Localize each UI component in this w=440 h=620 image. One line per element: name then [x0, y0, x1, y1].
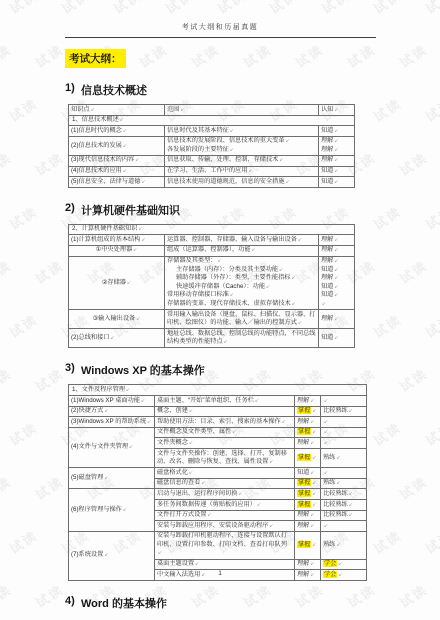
- section-number: 3): [65, 362, 81, 378]
- cell-line: (3)现代信息技术的内容: [71, 156, 162, 165]
- cell-line: 信息技术使用的道德规范，信息的安全措施: [167, 178, 316, 187]
- row-label-cell: (2)快捷方式: [69, 406, 155, 417]
- table-caption-cell: 1、信息技术概述: [69, 115, 355, 126]
- cell-line: (1)计算机组成的基本结构: [71, 236, 162, 245]
- section-title: Windows XP 的基本操作: [81, 362, 205, 378]
- cell-line: 在学习、生活、工作中的应用: [167, 167, 316, 176]
- cell-line: (2)信息技术的发展: [71, 142, 162, 151]
- cell-line: 熟练: [323, 454, 364, 463]
- cell-line: 学会: [323, 560, 364, 569]
- cell-line: 磁盘格式化: [157, 469, 292, 478]
- cell-line: (5)磁盘管理: [71, 474, 152, 483]
- cell-line: 文件与文件夹操作：创建、选择、打开、复制移动、改名、删除与恢复、查找、属性设置: [157, 450, 292, 467]
- scope-cell: 组成（运算器、控制器），功能: [165, 245, 319, 256]
- cell-line: 理解: [297, 560, 318, 569]
- cell-line: 各发展阶段的主要特征: [167, 146, 316, 155]
- cognition-cell: 理解: [319, 155, 355, 166]
- cell-line: 掌握: [297, 407, 318, 416]
- proficiency-cell: 比较熟练: [321, 500, 367, 511]
- cell-line: 信息时代及其基本特征: [167, 127, 316, 136]
- cell-line: 比较熟练: [323, 490, 364, 499]
- highlighted-term: 掌握: [297, 428, 311, 435]
- section-number: 4): [65, 595, 81, 611]
- cell-line: 掌握: [297, 454, 318, 463]
- proficiency-cell: [321, 427, 367, 438]
- scope-cell: 信息技术使用的道德规范，信息的安全措施: [165, 177, 319, 188]
- cognition-cell: 理解理解: [319, 136, 355, 155]
- column-header-cell: 认知: [319, 105, 355, 116]
- proficiency-cell: [321, 438, 367, 449]
- cell-line: 比较熟练: [323, 511, 364, 520]
- table-hardware-basics: 2、计算机硬件基础知识(1)计算机组成的基本结构运算器、控制器、存储器、输入设备…: [68, 224, 367, 349]
- scope-cell: 帮助使用方法：目录、索引、搜索的基本操作: [155, 417, 295, 428]
- highlighted-term: 掌握: [297, 454, 311, 461]
- cell-line: 桌面主题设置: [157, 560, 292, 569]
- section-heading-2: 2) 计算机硬件基础知识: [65, 202, 367, 218]
- cognition-cell: 理解: [319, 245, 355, 256]
- cell-line: 认知: [321, 106, 352, 115]
- scope-cell: 在学习、生活、工作中的应用: [165, 166, 319, 177]
- table-caption-cell: 1、文件及程序管理: [69, 385, 367, 396]
- cell-line: 运算器、控制器、存储器、输入设备与输出设备: [167, 236, 316, 245]
- cell-line: 知道: [321, 127, 352, 136]
- cell-line: 理解: [321, 156, 352, 165]
- cell-line: [323, 439, 364, 448]
- cell-line: 概念、创建: [157, 407, 292, 416]
- cell-line: 理解: [321, 146, 352, 155]
- cognition-cell: 知道: [319, 329, 355, 348]
- cell-line: 理解: [321, 236, 352, 245]
- row-label-cell: (2)信息技术的发展: [69, 136, 165, 155]
- cell-line: 理解: [297, 522, 318, 531]
- highlighted-term: 掌握: [297, 541, 311, 548]
- scope-cell: 安装与卸载应用程序、安装设备驱动程序: [155, 521, 295, 532]
- row-label-cell: ②存储器: [69, 256, 165, 310]
- cognition-cell: 掌握: [295, 406, 321, 417]
- highlighted-term: 掌握: [297, 501, 311, 508]
- cell-line: 文件打开方式设置: [157, 511, 292, 520]
- highlighted-term: 掌握: [297, 407, 311, 414]
- cognition-cell: 理解: [295, 521, 321, 532]
- scope-cell: 信息时代及其基本特征: [165, 126, 319, 137]
- cell-line: (1)信息时代的概念: [71, 127, 162, 136]
- cell-line: 辅助存储器（外存）：类型、主要性能指标: [167, 274, 316, 283]
- cell-line: 信息获取、传输、处理、控制、存储技术: [167, 156, 316, 165]
- scope-cell: 磁盘信息的查看: [155, 478, 295, 489]
- table-windows-xp: 1、文件及程序管理(1)Windows XP 桌面功能桌面主题、“开始”菜单组织…: [68, 384, 367, 580]
- cell-line: 1、文件及程序管理: [72, 386, 364, 395]
- section-heading-1: 1) 信息技术概述: [65, 82, 367, 98]
- cell-line: 掌握: [297, 541, 318, 550]
- scope-cell: 文件打开方式设置: [155, 510, 295, 521]
- scope-cell: 文件概念及文件类型、属性: [155, 427, 295, 438]
- syllabus-table: 2、计算机硬件基础知识(1)计算机组成的基本结构运算器、控制器、存储器、输入设备…: [68, 224, 355, 349]
- cell-line: 知道: [321, 334, 352, 343]
- cell-line: ②存储器: [71, 279, 162, 288]
- scope-cell: 信息获取、传输、处理、控制、存储技术: [165, 155, 319, 166]
- proficiency-cell: [321, 521, 367, 532]
- cell-line: 比较熟练: [323, 407, 364, 416]
- cognition-cell: 知道: [295, 468, 321, 479]
- cell-line: (2)总线和接口: [71, 334, 162, 343]
- cell-line: 地址总线、数据总线、控制总线的功能特点，不同总线结构类型的性能特点: [167, 330, 316, 347]
- row-label-cell: (1)信息时代的概念: [69, 126, 165, 137]
- cell-line: 主存储器（内存）：分类及其主要功能: [167, 266, 316, 275]
- cognition-cell: 掌握: [295, 500, 321, 511]
- cognition-cell: 掌握: [295, 478, 321, 489]
- cell-line: 理解: [297, 418, 318, 427]
- proficiency-cell: 比较熟练: [321, 406, 367, 417]
- proficiency-cell: [321, 468, 367, 479]
- cell-line: 帮助使用方法：目录、索引、搜索的基本操作: [157, 418, 292, 427]
- cell-line: 理解: [321, 257, 352, 266]
- cell-line: (4)信息技术的应用: [71, 167, 162, 176]
- document-header-title: 考试大纲和历届真题: [0, 0, 440, 32]
- row-label-cell: (5)磁盘管理: [69, 468, 155, 489]
- scope-cell: 地址总线、数据总线、控制总线的功能特点，不同总线结构类型的性能特点: [165, 329, 319, 348]
- cell-line: [321, 300, 352, 309]
- cell-line: 理解: [321, 137, 352, 146]
- scope-cell: 桌面主题、“开始”菜单组织、任务栏: [155, 396, 295, 407]
- cell-line: 掌握: [297, 490, 318, 499]
- cognition-cell: 掌握: [295, 489, 321, 500]
- cognition-cell: 知道: [319, 126, 355, 137]
- cognition-cell: 掌握: [295, 531, 321, 559]
- cell-line: 掌握: [297, 428, 318, 437]
- cognition-cell: 理解: [295, 559, 321, 570]
- cell-line: 掌握: [297, 501, 318, 510]
- cell-line: (6)程序管理与操作: [71, 506, 152, 515]
- cell-line: 知道: [321, 291, 352, 300]
- cognition-cell: 理解知道理解知道知道: [319, 256, 355, 310]
- cell-line: 熟练: [323, 479, 364, 488]
- cell-line: 知道: [321, 167, 352, 176]
- document-content: 考试大纲： 1) 信息技术概述 知识点范围认知1、信息技术概述(1)信息时代的概…: [65, 38, 367, 611]
- scope-cell: 文件与文件夹操作：创建、选择、打开、复制移动、改名、删除与恢复、查找、属性设置: [155, 449, 295, 468]
- proficiency-cell: [321, 417, 367, 428]
- cell-line: 常用输入输出设备（键盘、鼠标、扫描仪、显示器、打印机、绘图仪）的功能、输入／输出…: [167, 311, 316, 328]
- cognition-cell: 理解: [295, 396, 321, 407]
- scope-cell: 信息技术的发展阶段、信息技术的重大变革各发展阶段的主要特征: [165, 136, 319, 155]
- section-heading-4: 4) Word 的基本操作: [65, 595, 367, 611]
- proficiency-cell: 熟练: [321, 449, 367, 468]
- table-it-overview: 知识点范围认知1、信息技术概述(1)信息时代的概念信息时代及其基本特征知道(2)…: [68, 104, 367, 188]
- row-label-cell: (1)Windows XP 桌面功能: [69, 396, 155, 407]
- cell-line: 比较熟练: [323, 501, 364, 510]
- cell-line: 磁盘信息的查看: [157, 479, 292, 488]
- section-title: 信息技术概述: [81, 82, 147, 98]
- syllabus-table: 知识点范围认知1、信息技术概述(1)信息时代的概念信息时代及其基本特征知道(2)…: [68, 104, 355, 188]
- cell-line: 理解: [321, 274, 352, 283]
- cognition-cell: 掌握: [295, 449, 321, 468]
- row-label-cell: (6)程序管理与操作: [69, 489, 155, 531]
- cell-line: (7)系统设置: [71, 551, 152, 560]
- cell-line: [323, 428, 364, 437]
- cell-line: 安装与卸载应用程序、安装设备驱动程序: [157, 522, 292, 531]
- cell-line: [323, 418, 364, 427]
- cell-line: 常用移动存储接口标准: [167, 291, 316, 300]
- section-title: 计算机硬件基础知识: [81, 202, 180, 218]
- proficiency-cell: 比较熟练: [321, 510, 367, 521]
- row-label-cell: (5)信息安全、法律与道德: [69, 177, 165, 188]
- scope-cell: 启动与退出、运行程序间切换: [155, 489, 295, 500]
- cell-line: 理解: [297, 511, 318, 520]
- row-label-cell: (1)计算机组成的基本结构: [69, 235, 165, 246]
- cognition-cell: 理解: [319, 235, 355, 246]
- cell-line: 理解: [297, 439, 318, 448]
- cell-line: 组成（运算器、控制器），功能: [167, 246, 316, 255]
- cell-line: 范围: [167, 106, 316, 115]
- scope-cell: 常用输入输出设备（键盘、鼠标、扫描仪、显示器、打印机、绘图仪）的功能、输入／输出…: [165, 310, 319, 329]
- cell-line: 掌握: [297, 479, 318, 488]
- scope-cell: 桌面主题设置: [155, 559, 295, 570]
- cell-line: 1、信息技术概述: [72, 116, 352, 125]
- cell-line: ①中央处理器: [71, 246, 162, 255]
- cell-line: 多任务间数据传递（剪贴板的应用）: [157, 501, 292, 510]
- cell-line: (5)信息安全、法律与道德: [71, 178, 162, 187]
- section-number: 1): [65, 82, 81, 98]
- cell-line: 安装与卸载打印机驱动程序、连接与设置默认打印机、设置打印参数、打印文档、查看打印…: [157, 532, 292, 558]
- cell-line: 存储器及其类型：: [167, 257, 316, 266]
- cognition-cell: 知道: [319, 177, 355, 188]
- cell-line: [323, 397, 364, 406]
- cell-line: 文件夹概念: [157, 439, 292, 448]
- column-header-cell: 范围: [165, 105, 319, 116]
- scope-cell: 安装与卸载打印机驱动程序、连接与设置默认打印机、设置打印参数、打印文档、查看打印…: [155, 531, 295, 559]
- cognition-cell: 知道: [319, 166, 355, 177]
- proficiency-cell: [321, 396, 367, 407]
- scope-cell: 文件夹概念: [155, 438, 295, 449]
- cell-line: 理解: [321, 315, 352, 324]
- proficiency-cell: 比较熟练: [321, 489, 367, 500]
- proficiency-cell: 学会: [321, 559, 367, 570]
- cognition-cell: 掌握: [295, 427, 321, 438]
- cell-line: 理解: [321, 246, 352, 255]
- document-page: 试读试读试读试读试读试读试读试读试读试读试读试读试读试读试读试读试读试读试读试读…: [0, 0, 440, 620]
- row-label-cell: ③输入输出设备: [69, 310, 165, 329]
- section-heading-3: 3) Windows XP 的基本操作: [65, 362, 367, 378]
- row-label-cell: (3)Windows XP 的帮助系统: [69, 417, 155, 428]
- cognition-cell: 理解: [295, 510, 321, 521]
- row-label-cell: (3)现代信息技术的内容: [69, 155, 165, 166]
- cell-line: (4)文件与文件夹管理: [71, 443, 152, 452]
- highlighted-term: 掌握: [297, 479, 311, 486]
- highlighted-term: 学会: [323, 560, 337, 567]
- row-label-cell: ①中央处理器: [69, 245, 165, 256]
- row-label-cell: (4)文件与文件夹管理: [69, 427, 155, 467]
- scope-cell: 存储器及其类型：主存储器（内存）：分类及其主要功能辅助存储器（外存）：类型、主要…: [165, 256, 319, 310]
- cell-line: 知道: [297, 469, 318, 478]
- cell-line: 知识点: [71, 106, 162, 115]
- cell-line: 熟练: [323, 541, 364, 550]
- proficiency-cell: 熟练: [321, 531, 367, 559]
- section-number: 2): [65, 202, 81, 218]
- proficiency-cell: 熟练: [321, 478, 367, 489]
- cognition-cell: 理解: [295, 417, 321, 428]
- row-label-cell: (4)信息技术的应用: [69, 166, 165, 177]
- cell-line: 存储器的变革、现代存储技术、虚拟存储技术: [167, 300, 316, 309]
- section-title: Word 的基本操作: [81, 595, 167, 611]
- cognition-cell: 理解: [295, 438, 321, 449]
- cell-line: 信息技术的发展阶段、信息技术的重大变革: [167, 137, 316, 146]
- cell-line: 文件概念及文件类型、属性: [157, 428, 292, 437]
- scope-cell: 磁盘格式化: [155, 468, 295, 479]
- cell-line: 桌面主题、“开始”菜单组织、任务栏: [157, 397, 292, 406]
- column-header-cell: 知识点: [69, 105, 165, 116]
- cell-line: (1)Windows XP 桌面功能: [71, 397, 152, 406]
- scope-cell: 多任务间数据传递（剪贴板的应用）: [155, 500, 295, 511]
- highlighted-title-label: 考试大纲：: [65, 49, 126, 68]
- cell-line: 2、计算机硬件基础知识: [72, 225, 352, 234]
- cell-line: 理解: [297, 397, 318, 406]
- cell-line: 启动与退出、运行程序间切换: [157, 490, 292, 499]
- table-caption-cell: 2、计算机硬件基础知识: [69, 224, 355, 235]
- page-number: 1: [0, 570, 440, 577]
- cognition-cell: 理解: [319, 310, 355, 329]
- cell-line: 知道: [321, 266, 352, 275]
- syllabus-table: 1、文件及程序管理(1)Windows XP 桌面功能桌面主题、“开始”菜单组织…: [68, 384, 367, 580]
- cell-line: (3)Windows XP 的帮助系统: [71, 418, 152, 427]
- cell-line: [323, 522, 364, 531]
- cell-line: 知道: [321, 178, 352, 187]
- row-label-cell: (2)总线和接口: [69, 329, 165, 348]
- cell-line: (2)快捷方式: [71, 407, 152, 416]
- scope-cell: 概念、创建: [155, 406, 295, 417]
- cell-line: ③输入输出设备: [71, 315, 162, 324]
- highlighted-term: 掌握: [297, 490, 311, 497]
- scope-cell: 运算器、控制器、存储器、输入设备与输出设备: [165, 235, 319, 246]
- cell-line: [323, 469, 364, 478]
